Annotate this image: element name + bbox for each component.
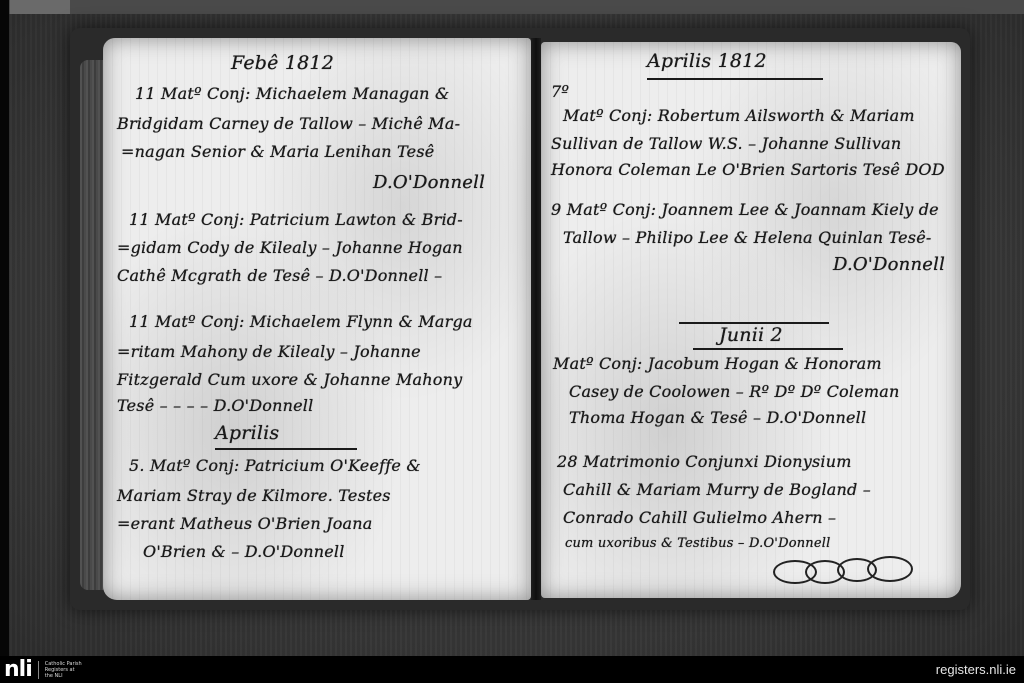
entry-line: 11 Matº Conj: Michaelem Flynn & Marga — [129, 312, 473, 331]
scan-top-highlight — [10, 0, 70, 14]
entry-line: 28 Matrimonio Conjunxi Dionysium — [557, 452, 852, 471]
entry-line: cum uxoribus & Testibus – D.O'Donnell — [565, 536, 830, 551]
heading-underline — [647, 78, 823, 80]
register-scan-image: Febê 1812 11 Matº Conj: Michaelem Managa… — [0, 0, 1024, 656]
entry-line: Tesê – – – – D.O'Donnell — [117, 396, 313, 415]
right-page: Aprilis 1812 7º Matº Conj: Robertum Ails… — [541, 42, 961, 598]
entry-line: Fitzgerald Cum uxore & Johanne Mahony — [117, 370, 462, 389]
entry-line: 9 Matº Conj: Joannem Lee & Joannam Kiely… — [551, 200, 939, 219]
book-gutter — [531, 38, 541, 600]
page-heading: Febê 1812 — [231, 52, 334, 74]
priest-signature: D.O'Donnell — [833, 254, 945, 275]
entry-line: 11 Matº Conj: Patricium Lawton & Brid- — [129, 210, 463, 229]
entry-line: Cahill & Mariam Murry de Bogland – — [563, 480, 871, 499]
entry-line: Thoma Hogan & Tesê – D.O'Donnell — [569, 408, 866, 427]
brand-caption: Catholic Parish Registers at the NLI — [45, 661, 82, 679]
left-page: Febê 1812 11 Matº Conj: Michaelem Managa… — [103, 38, 531, 600]
brand-divider — [38, 661, 39, 679]
entry-line: Conrado Cahill Gulielmo Ahern – — [563, 508, 836, 527]
entry-line: Mariam Stray de Kilmore. Testes — [117, 486, 391, 505]
nli-brand[interactable]: nli Catholic Parish Registers at the NLI — [4, 659, 82, 681]
nli-logo-icon: nli — [4, 659, 32, 681]
entry-line: Bridgidam Carney de Tallow – Michê Ma- — [117, 114, 460, 133]
heading-underline — [215, 448, 357, 450]
entry-line: Matº Conj: Jacobum Hogan & Honoram — [553, 354, 882, 373]
site-link[interactable]: registers.nli.ie — [936, 662, 1016, 677]
entry-line: Sullivan de Tallow W.S. – Johanne Sulliv… — [551, 134, 901, 153]
entry-line: O'Brien & – D.O'Donnell — [143, 542, 345, 561]
entry-line: Honora Coleman Le O'Brien Sartoris Tesê … — [551, 160, 945, 179]
entry-line: =erant Matheus O'Brien Joana — [117, 514, 373, 533]
month-heading: Aprilis — [215, 422, 279, 444]
entry-line: Tallow – Philipo Lee & Helena Quinlan Te… — [563, 228, 931, 247]
entry-line: Cathê Mcgrath de Tesê – D.O'Donnell – — [117, 266, 442, 285]
entry-line: 5. Matº Conj: Patricium O'Keeffe & — [129, 456, 421, 475]
entry-line: Matº Conj: Robertum Ailsworth & Mariam — [563, 106, 915, 125]
priest-signature: D.O'Donnell — [373, 172, 485, 193]
heading-underline — [693, 348, 843, 350]
entry-line: Casey de Coolowen – Rº Dº Dº Coleman — [569, 382, 900, 401]
footer-bar: nli Catholic Parish Registers at the NLI… — [0, 656, 1024, 683]
entry-number: 7º — [551, 82, 569, 101]
brand-caption-line: the NLI — [45, 673, 82, 679]
page-heading: Aprilis 1812 — [647, 50, 767, 72]
entry-line: =ritam Mahony de Kilealy – Johanne — [117, 342, 421, 361]
entry-line: =gidam Cody de Kilealy – Johanne Hogan — [117, 238, 463, 257]
scan-top-strip — [9, 0, 1024, 14]
scan-border — [0, 0, 9, 656]
entry-line: 11 Matº Conj: Michaelem Managan & — [135, 84, 449, 103]
entry-line: =nagan Senior & Maria Lenihan Tesê — [121, 142, 434, 161]
month-heading: Junii 2 — [719, 324, 783, 346]
signature-flourish — [867, 556, 913, 582]
